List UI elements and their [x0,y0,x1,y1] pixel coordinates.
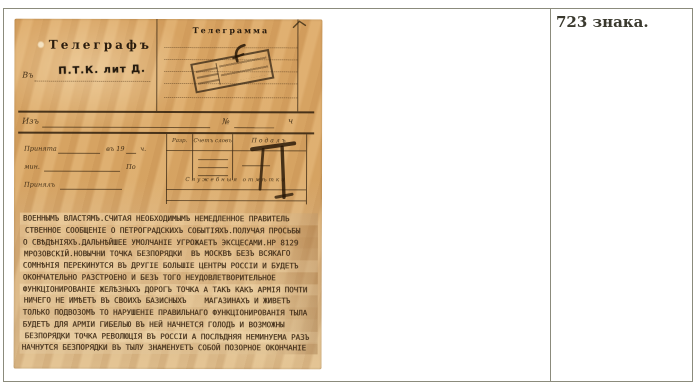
to-line [34,81,150,82]
from-line [42,127,210,128]
handwritten-mark-ii [250,139,298,203]
telegram-text-line: МРОЗОВСКІЙ.НОВЫЧНИ ТОЧКА БЕЗПОРЯДКИ ВЪ М… [20,248,318,260]
char-count-label: 723 знака. [556,13,687,32]
table-row: Телеграфъ Въ П.Т.К. лит Д. Телеграмма [4,9,693,382]
telegram-text-line: БУДЕТЪ ДЛЯ АРМІИ ГИБЕЛЬЮ ВЪ НЕЙ НАЧНЕТСЯ… [20,318,318,331]
telegram-text-line: БЕЗПОРЯДКИ ТОЧКА РЕВОЛЮЦІЯ ВЪ РОССІИ А П… [20,330,318,344]
telegram-text-line: НАЧНУТСЯ БЕЗПОРЯДКИ ВЪ ТЫЛУ ЗНАМЕНУЕТЪ С… [20,342,318,355]
hour-label: ч [288,117,293,125]
form-writing-line [164,97,297,98]
telegram-message: ВОЕННЫМЪ ВЛАСТЯМЪ.СЧИТАЯ НЕОБХОДИМЫМЪ НЕ… [20,213,318,355]
minutes-label: мин. [24,164,40,171]
year-label: въ 19 [106,146,124,153]
note-cell: 723 знака. [551,9,693,382]
number-line [234,127,274,128]
telegram-text-line: ВОЕННЫМЪ ВЛАСТЯМЪ.СЧИТАЯ НЕОБХОДИМЫМЪ НЕ… [20,213,318,226]
received-label: Принята [24,146,57,153]
rule-top [18,111,314,114]
form-title: Телеграмма [164,25,297,35]
office-title: Телеграфъ [42,38,158,52]
telegram-scan: Телеграфъ Въ П.Т.К. лит Д. Телеграмма [14,19,323,370]
to-label: Въ [22,72,33,80]
telegram-text-line: СОМНѢНІЯ ПЕРЕКИНУТСЯ ВЪ ДРУГІЕ БОЛЬШІЕ Ц… [20,260,318,273]
col-category-label: Разр. [167,139,192,145]
telegram-text-line: ФУНКЦІОНИРОВАНІЕ ЖЕЛѢЗНЫХЪ ДОРОГЪ ТОЧКА … [20,283,318,296]
telegram-text-line: СТВЕННОЕ СООБЩЕНІЕ О ПЕТРОГРАДСКИХЪ СОБЫ… [20,224,318,237]
accepted-line [60,189,122,190]
to-stamp-value: П.Т.К. лит Д. [58,64,146,77]
word-count-row-line [198,167,228,168]
stamp-cell [195,63,221,89]
telegram-text-line: О СВѢДѢНІЯХЪ.ДАЛЬНѢЙШЕЕ УМОЛЧАНІЕ УГРОЖА… [20,236,318,249]
minutes-line [44,171,120,172]
telegram-text-line: ОКОНЧАТЕЛЬНО РАЗСТРОЕНО И БЕЗЪ ТОГО НЕУД… [20,271,318,284]
accepted-label: Принялъ [24,182,55,189]
word-count-row-line [198,159,228,160]
service-table-right-border [306,134,307,204]
year-line [126,153,136,154]
telegram-text-line: ТОЛЬКО ПОДВОЗОМЪ ТО НАРУШЕНІЕ ПРАВИЛЬНАГ… [20,307,318,320]
telegram-cell: Телеграфъ Въ П.Т.К. лит Д. Телеграмма [4,9,551,382]
received-line [58,153,100,154]
form-column-divider [156,19,157,111]
pencil-caret-mark [292,20,306,28]
content-table: Телеграфъ Въ П.Т.К. лит Д. Телеграмма [3,8,693,382]
from-label: Изъ [22,118,39,126]
word-count-row-line [198,175,228,176]
received-hour-label: ч. [140,146,146,153]
number-label: № [222,118,230,126]
by-label: По [126,164,136,171]
col-word-count-label: Счетъ словъ [193,139,232,145]
telegram-text-line: НИЧЕГО НЕ ИМѢЕТЪ ВЪ СВОИХЪ БАЗИСНЫХЪ МАГ… [20,295,318,308]
ink-check-mark [230,43,250,67]
